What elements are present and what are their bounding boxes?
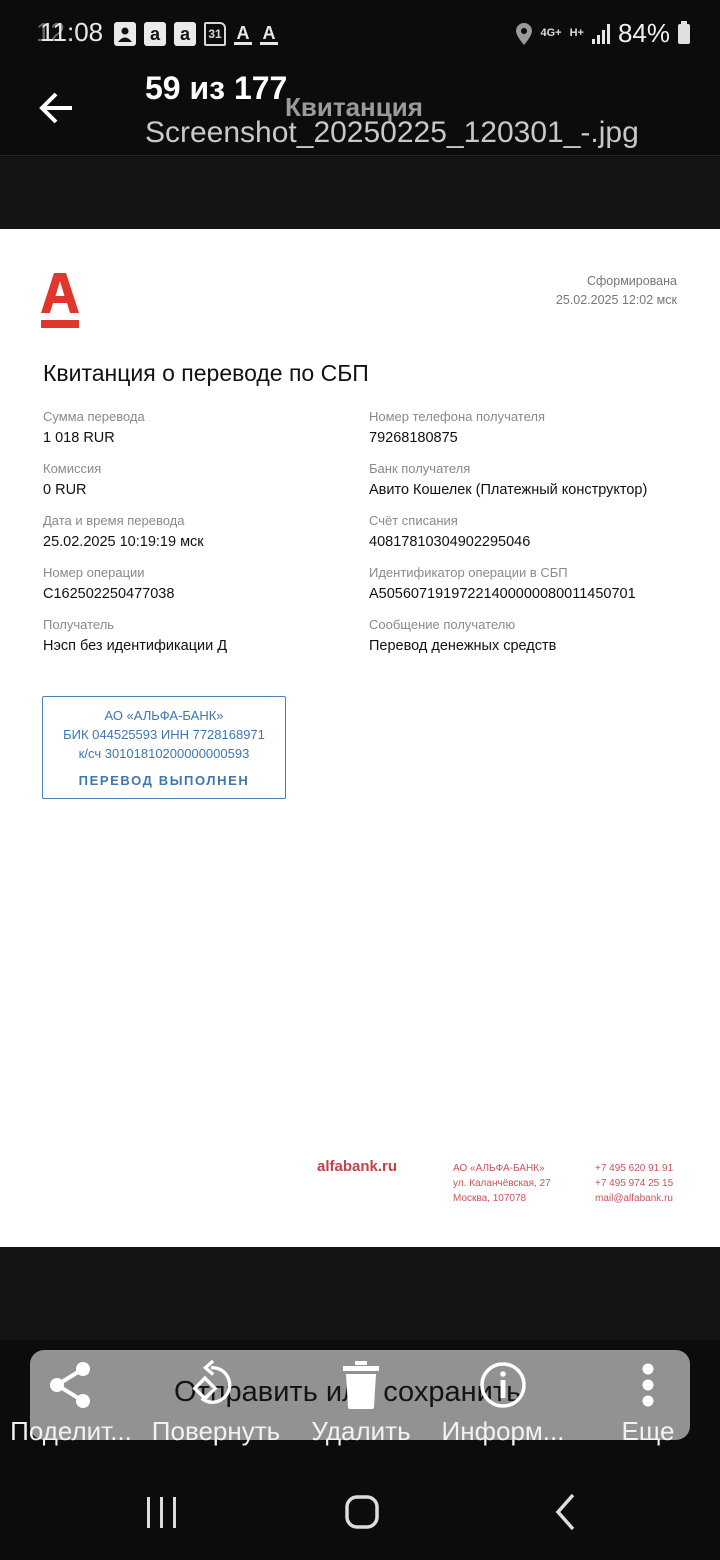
bank-stamp: АО «АЛЬФА-БАНК» БИК 044525593 ИНН 772816… xyxy=(42,696,286,799)
field-transfer-datetime: Дата и время перевода 25.02.2025 10:19:1… xyxy=(43,513,227,565)
right-field-column: Номер телефона получателя 79268180875 Ба… xyxy=(369,409,647,669)
nav-back-button[interactable] xyxy=(545,1492,585,1532)
arrow-left-icon xyxy=(34,88,78,128)
chevron-left-icon xyxy=(545,1492,585,1532)
contact-card-icon xyxy=(114,22,136,46)
location-icon xyxy=(516,23,532,45)
status-time: 11:08 xyxy=(40,17,103,48)
recent-apps-button[interactable] xyxy=(142,1492,182,1532)
stamp-corr-account: к/сч 30101810200000000593 xyxy=(43,744,285,763)
footer-contacts: +7 495 620 91 91 +7 495 974 25 15 mail@a… xyxy=(595,1161,673,1206)
info-icon xyxy=(479,1361,527,1409)
battery-percent: 84% xyxy=(618,18,670,49)
network-type: 4G+ xyxy=(540,28,561,39)
system-nav-bar xyxy=(0,1462,720,1560)
field-recipient-bank: Банк получателя Авито Кошелек (Платежный… xyxy=(369,461,647,513)
font-a-icon: A xyxy=(234,23,252,45)
system-icons: 4G+ H+ 84% xyxy=(516,18,690,49)
amazon-a-icon: a xyxy=(174,22,196,46)
notification-icons: a a 31 A A xyxy=(114,22,278,46)
status-bar: 12 11:08 a a 31 A A 4G+ H+ 84% xyxy=(0,0,720,68)
trash-icon xyxy=(343,1361,379,1409)
field-transfer-amount: Сумма перевода 1 018 RUR xyxy=(43,409,227,461)
field-recipient-phone: Номер телефона получателя 79268180875 xyxy=(369,409,647,461)
stamp-status: ПЕРЕВОД ВЫПОЛНЕН xyxy=(43,773,285,788)
stamp-bik-inn: БИК 044525593 ИНН 7728168971 xyxy=(43,725,285,744)
home-button[interactable] xyxy=(342,1492,382,1532)
formed-date: 25.02.2025 12:02 мск xyxy=(556,291,677,310)
recent-apps-icon xyxy=(142,1492,182,1532)
signal-icon xyxy=(592,24,610,44)
share-icon xyxy=(48,1360,94,1410)
field-commission: Комиссия 0 RUR xyxy=(43,461,227,513)
rotate-button[interactable]: Повернуть xyxy=(144,1358,288,1458)
calendar-31-icon: 31 xyxy=(204,22,226,46)
home-icon xyxy=(342,1492,382,1532)
formed-label: Сформирована xyxy=(556,272,677,291)
action-bar: Поделит... Повернуть Удалить Информ... Е… xyxy=(0,1358,720,1458)
rotate-icon xyxy=(192,1359,240,1411)
more-vertical-icon xyxy=(640,1362,656,1408)
field-sbp-operation-id: Идентификатор операции в СБП A5056071919… xyxy=(369,565,647,617)
field-recipient: Получатель Нэсп без идентификации Д xyxy=(43,617,227,669)
back-button[interactable] xyxy=(34,88,78,128)
receipt-document[interactable]: Сформирована 25.02.2025 12:02 мск Квитан… xyxy=(0,229,720,1247)
more-button[interactable]: Еще xyxy=(608,1358,688,1458)
footer-site: alfabank.ru xyxy=(317,1158,397,1175)
alfa-bank-logo-icon xyxy=(41,273,79,329)
font-a-icon: A xyxy=(260,23,278,45)
left-field-column: Сумма перевода 1 018 RUR Комиссия 0 RUR … xyxy=(43,409,227,669)
info-button[interactable]: Информ... xyxy=(436,1358,570,1458)
formed-info: Сформирована 25.02.2025 12:02 мск xyxy=(556,272,677,310)
network-type-2: H+ xyxy=(570,28,584,39)
delete-button[interactable]: Удалить xyxy=(300,1358,422,1458)
field-recipient-message: Сообщение получателю Перевод денежных ср… xyxy=(369,617,647,669)
share-button[interactable]: Поделит... xyxy=(4,1358,138,1458)
stamp-bank-name: АО «АЛЬФА-БАНК» xyxy=(43,706,285,725)
amazon-a-icon: a xyxy=(144,22,166,46)
footer-address: АО «АЛЬФА-БАНК» ул. Каланчёвская, 27 Мос… xyxy=(453,1161,551,1206)
app-bar: 59 из 177 Квитанция Screenshot_20250225_… xyxy=(0,68,720,156)
field-operation-number: Номер операции C162502250477038 xyxy=(43,565,227,617)
receipt-title: Квитанция о переводе по СБП xyxy=(43,360,369,387)
battery-icon xyxy=(678,24,690,44)
file-name: Screenshot_20250225_120301_-.jpg xyxy=(145,116,639,150)
field-debit-account: Счёт списания 40817810304902295046 xyxy=(369,513,647,565)
image-counter: 59 из 177 xyxy=(145,70,287,107)
